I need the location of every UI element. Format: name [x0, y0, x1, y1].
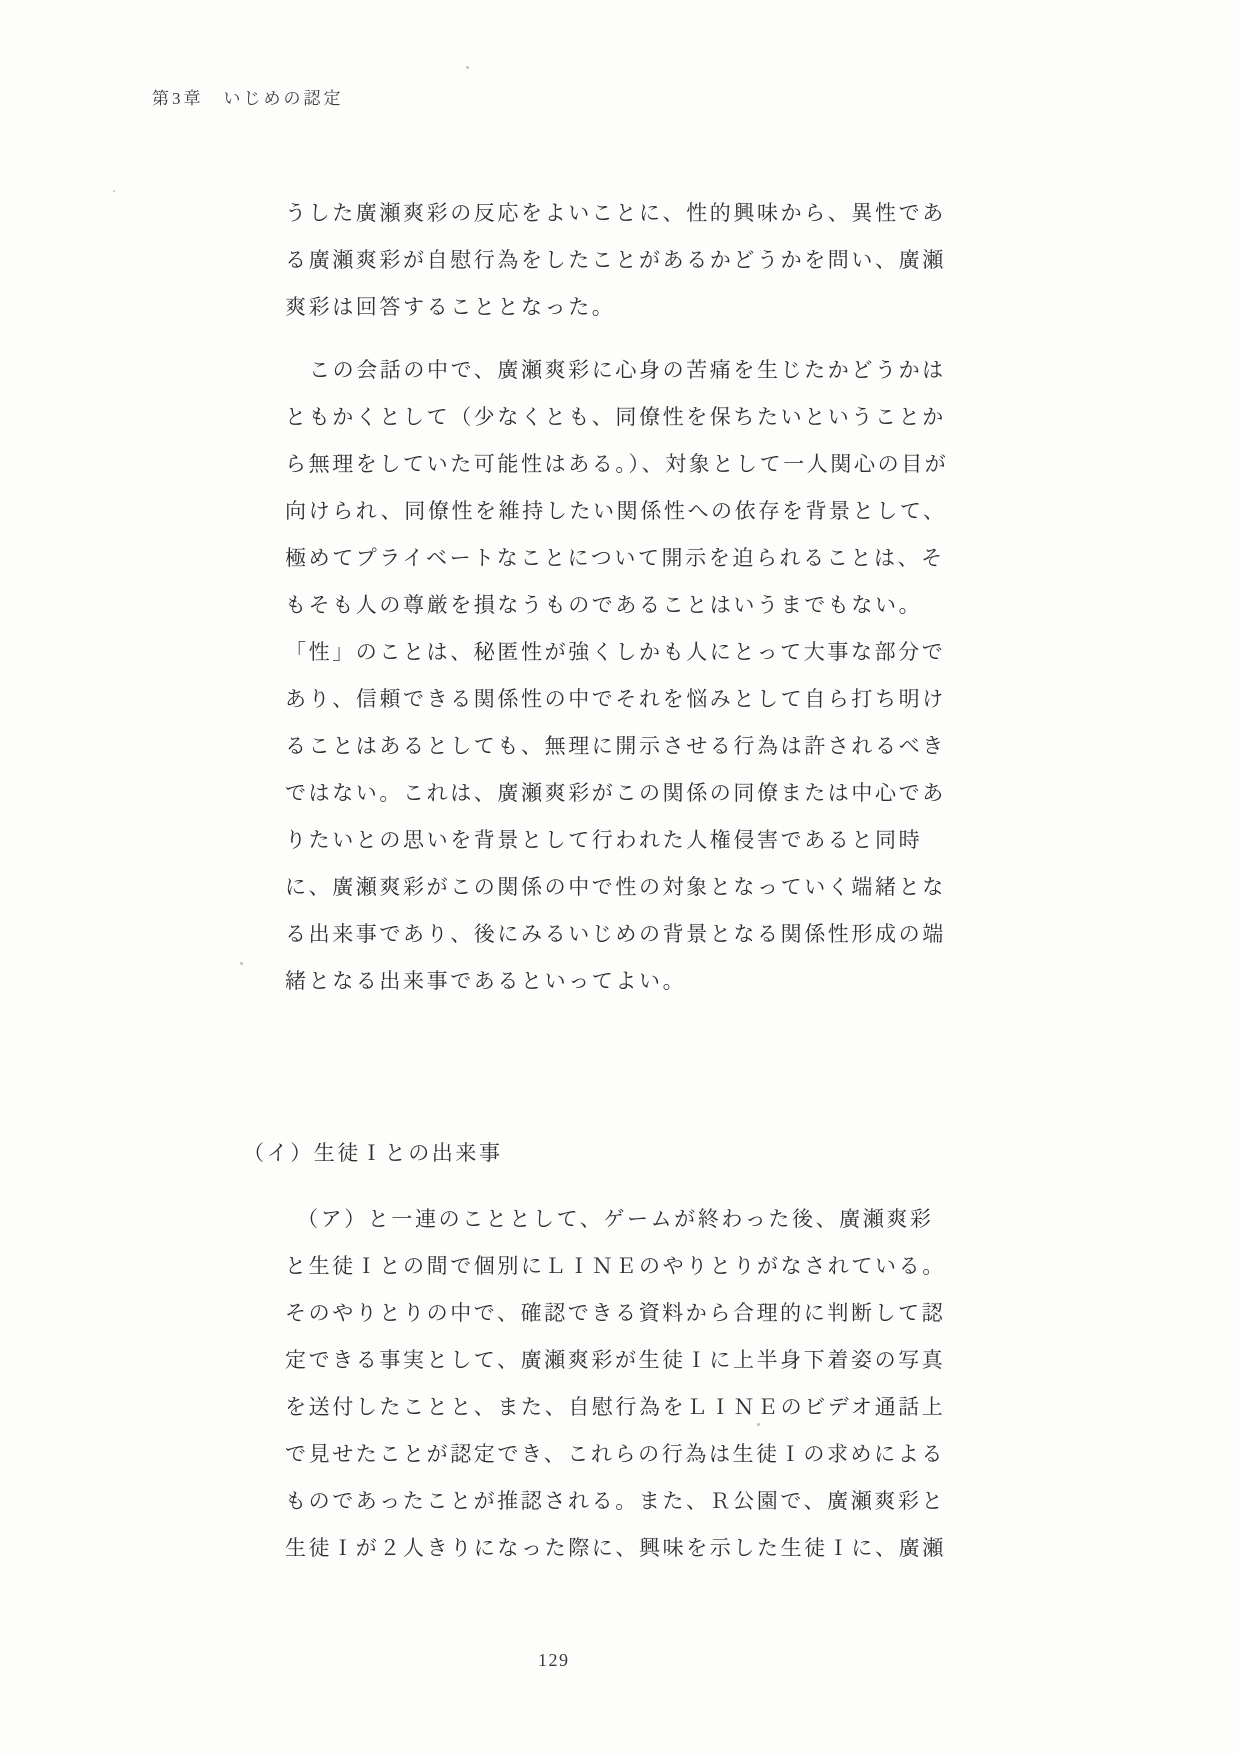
text-line: 生徒Ｉが２人きりになった際に、興味を示した生徒Ｉに、廣瀬 — [285, 1525, 985, 1572]
text-line: を送付したことと、また、自慰行為をＬＩＮＥのビデオ通話上 — [285, 1384, 985, 1431]
scan-speck — [240, 962, 243, 965]
text-line: ることはあるとしても、無理に開示させる行為は許されるべき — [285, 723, 985, 770]
text-line: で見せたことが認定でき、これらの行為は生徒Ｉの求めによる — [285, 1431, 985, 1478]
text-line: うした廣瀬爽彩の反応をよいことに、性的興味から、異性であ — [285, 190, 985, 237]
scan-speck — [466, 66, 469, 69]
chapter-running-header: 第3章 いじめの認定 — [152, 84, 344, 109]
page-number: 129 — [538, 1650, 570, 1671]
text-line: この会話の中で、廣瀬爽彩に心身の苦痛を生じたかどうかは — [285, 347, 985, 394]
body-text-block: うした廣瀬爽彩の反応をよいことに、性的興味から、異性である廣瀬爽彩が自慰行為をし… — [285, 190, 985, 1588]
text-line: （ア）と一連のこととして、ゲームが終わった後、廣瀬爽彩 — [285, 1196, 985, 1243]
text-line: 緒となる出来事であるといってよい。 — [285, 958, 985, 1005]
text-line: 定できる事実として、廣瀬爽彩が生徒Ｉに上半身下着姿の写真 — [285, 1337, 985, 1384]
document-page: 第3章 いじめの認定 うした廣瀬爽彩の反応をよいことに、性的興味から、異性である… — [0, 0, 1239, 1754]
text-line: る出来事であり、後にみるいじめの背景となる関係性形成の端 — [285, 911, 985, 958]
text-line: 「性」のことは、秘匿性が強くしかも人にとって大事な部分で — [285, 629, 985, 676]
text-line: ではない。これは、廣瀬爽彩がこの関係の同僚または中心であ — [285, 770, 985, 817]
text-line: 爽彩は回答することとなった。 — [285, 284, 985, 331]
text-line: ともかくとして（少なくとも、同僚性を保ちたいということか — [285, 394, 985, 441]
paragraph-continuation: うした廣瀬爽彩の反応をよいことに、性的興味から、異性である廣瀬爽彩が自慰行為をし… — [285, 190, 985, 331]
scan-speck — [113, 190, 115, 192]
text-line: ら無理をしていた可能性はある。）、対象として一人関心の目が — [285, 441, 985, 488]
paragraph-sub: （ア）と一連のこととして、ゲームが終わった後、廣瀬爽彩と生徒Ｉとの間で個別にＬＩ… — [285, 1196, 985, 1572]
text-line: と生徒Ｉとの間で個別にＬＩＮＥのやりとりがなされている。 — [285, 1243, 985, 1290]
text-line: りたいとの思いを背景として行われた人権侵害であると同時 — [285, 817, 985, 864]
paragraph-main: この会話の中で、廣瀬爽彩に心身の苦痛を生じたかどうかはともかくとして（少なくとも… — [285, 347, 985, 1005]
text-line: そのやりとりの中で、確認できる資料から合理的に判断して認 — [285, 1290, 985, 1337]
text-line: る廣瀬爽彩が自慰行為をしたことがあるかどうかを問い、廣瀬 — [285, 237, 985, 284]
text-line: 極めてプライベートなことについて開示を迫られることは、そ — [285, 535, 985, 582]
text-line: あり、信頼できる関係性の中でそれを悩みとして自ら打ち明け — [285, 676, 985, 723]
text-line: もそも人の尊厳を損なうものであることはいうまでもない。 — [285, 582, 985, 629]
text-line: 向けられ、同僚性を維持したい関係性への依存を背景として、 — [285, 488, 985, 535]
text-line: ものであったことが推認される。また、Ｒ公園で、廣瀬爽彩と — [285, 1478, 985, 1525]
text-line: に、廣瀬爽彩がこの関係の中で性の対象となっていく端緒とな — [285, 864, 985, 911]
section-heading: （イ）生徒Ｉとの出来事 — [243, 1130, 985, 1177]
